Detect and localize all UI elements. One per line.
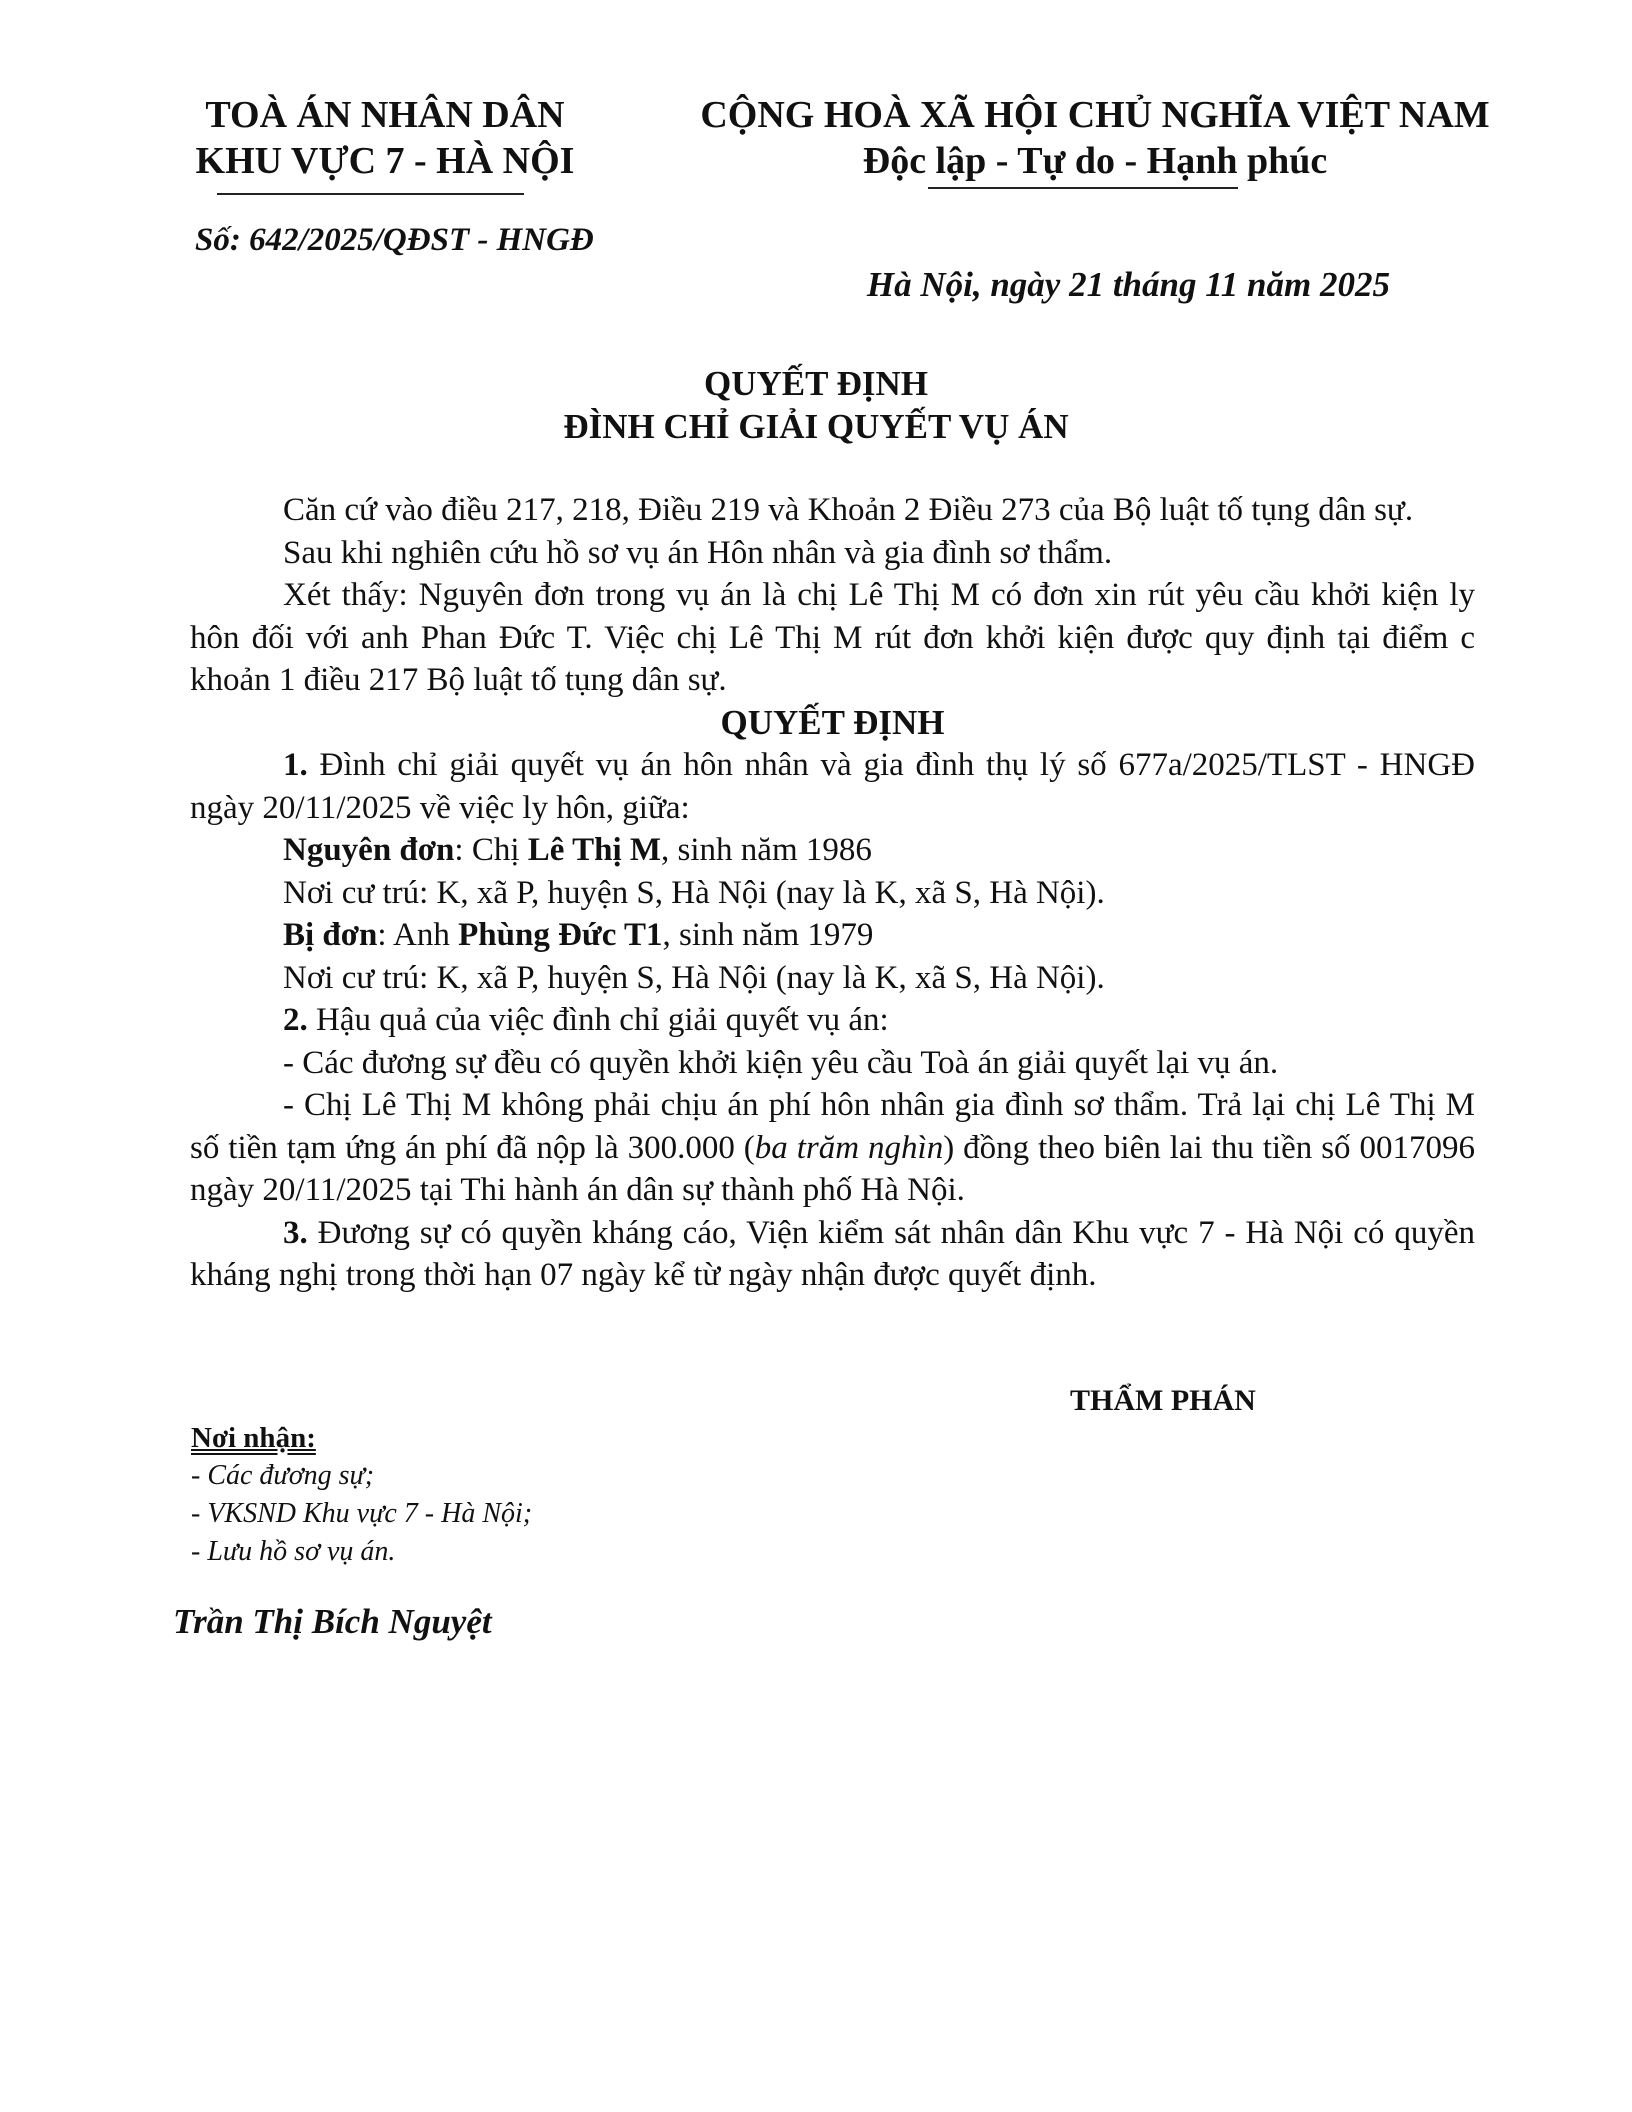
document-number: Số: 642/2025/QĐST - HNGĐ	[195, 220, 594, 260]
national-motto: Độc lập - Tự do - Hạnh phúc	[690, 138, 1500, 184]
item-text: Đương sự có quyền kháng cáo, Viện kiểm s…	[190, 1215, 1475, 1294]
decision-item-1: 1. Đình chỉ giải quyết vụ án hôn nhân và…	[190, 744, 1475, 829]
court-name: TOÀ ÁN NHÂN DÂN KHU VỰC 7 - HÀ NỘI	[160, 92, 610, 184]
item-number: 3.	[283, 1215, 308, 1251]
defendant-prefix: : Anh	[377, 917, 458, 953]
document-title: QUYẾT ĐỊNH	[0, 362, 1632, 406]
defendant-line: Bị đơn: Anh Phùng Đức T1, sinh năm 1979	[190, 914, 1475, 957]
court-name-line2: KHU VỰC 7 - HÀ NỘI	[160, 138, 610, 184]
legal-basis: Căn cứ vào điều 217, 218, Điều 219 và Kh…	[190, 489, 1475, 532]
signature-title: THẨM PHÁN	[1070, 1381, 1256, 1421]
recipients-heading: Nơi nhận:	[191, 1419, 532, 1457]
defendant-residence: Nơi cư trú: K, xã P, huyện S, Hà Nội (na…	[190, 957, 1475, 1000]
national-motto-underline	[928, 187, 1238, 189]
case-study-statement: Sau khi nghiên cứu hồ sơ vụ án Hôn nhân …	[190, 532, 1475, 575]
consequence-2: - Chị Lê Thị M không phải chịu án phí hô…	[190, 1084, 1475, 1212]
defendant-birth-year: , sinh năm 1979	[663, 917, 874, 953]
plaintiff-residence: Nơi cư trú: K, xã P, huyện S, Hà Nội (na…	[190, 872, 1475, 915]
place-date: Hà Nội, ngày 21 tháng 11 năm 2025	[790, 263, 1390, 307]
signer-name: Trần Thị Bích Nguyệt	[173, 1600, 492, 1644]
national-name: CỘNG HOÀ XÃ HỘI CHỦ NGHĨA VIỆT NAM	[690, 92, 1500, 138]
court-name-underline	[217, 193, 524, 195]
recipients-block: Nơi nhận: - Các đương sự; - VKSND Khu vự…	[191, 1419, 532, 1571]
defendant-name: Phùng Đức T1	[458, 917, 662, 953]
recipient-item: - Các đương sự;	[191, 1457, 532, 1495]
consequence-1: - Các đương sự đều có quyền khởi kiện yê…	[190, 1042, 1475, 1085]
defendant-label: Bị đơn	[283, 917, 377, 953]
recipient-item: - Lưu hồ sơ vụ án.	[191, 1533, 532, 1571]
plaintiff-name: Lê Thị M	[528, 832, 661, 868]
document-body: Căn cứ vào điều 217, 218, Điều 219 và Kh…	[190, 489, 1475, 1297]
decision-item-3: 3. Đương sự có quyền kháng cáo, Viện kiể…	[190, 1212, 1475, 1297]
item-number: 1.	[283, 747, 308, 783]
item-number: 2.	[283, 1002, 308, 1038]
decision-heading: QUYẾT ĐỊNH	[190, 702, 1475, 745]
court-name-line1: TOÀ ÁN NHÂN DÂN	[160, 92, 610, 138]
decision-item-2: 2. Hậu quả của việc đình chỉ giải quyết …	[190, 999, 1475, 1042]
national-header: CỘNG HOÀ XÃ HỘI CHỦ NGHĨA VIỆT NAM Độc l…	[690, 92, 1500, 184]
recipient-item: - VKSND Khu vực 7 - Hà Nội;	[191, 1495, 532, 1533]
item-text: Hậu quả của việc đình chỉ giải quyết vụ …	[308, 1002, 889, 1038]
finding-statement: Xét thấy: Nguyên đơn trong vụ án là chị …	[190, 574, 1475, 702]
plaintiff-label: Nguyên đơn	[283, 832, 454, 868]
item-text: Đình chỉ giải quyết vụ án hôn nhân và gi…	[190, 747, 1475, 826]
plaintiff-birth-year: , sinh năm 1986	[661, 832, 872, 868]
document-subtitle: ĐÌNH CHỈ GIẢI QUYẾT VỤ ÁN	[0, 405, 1632, 449]
plaintiff-line: Nguyên đơn: Chị Lê Thị M, sinh năm 1986	[190, 829, 1475, 872]
plaintiff-prefix: : Chị	[454, 832, 527, 868]
amount-in-words: ba trăm nghìn	[755, 1130, 943, 1166]
